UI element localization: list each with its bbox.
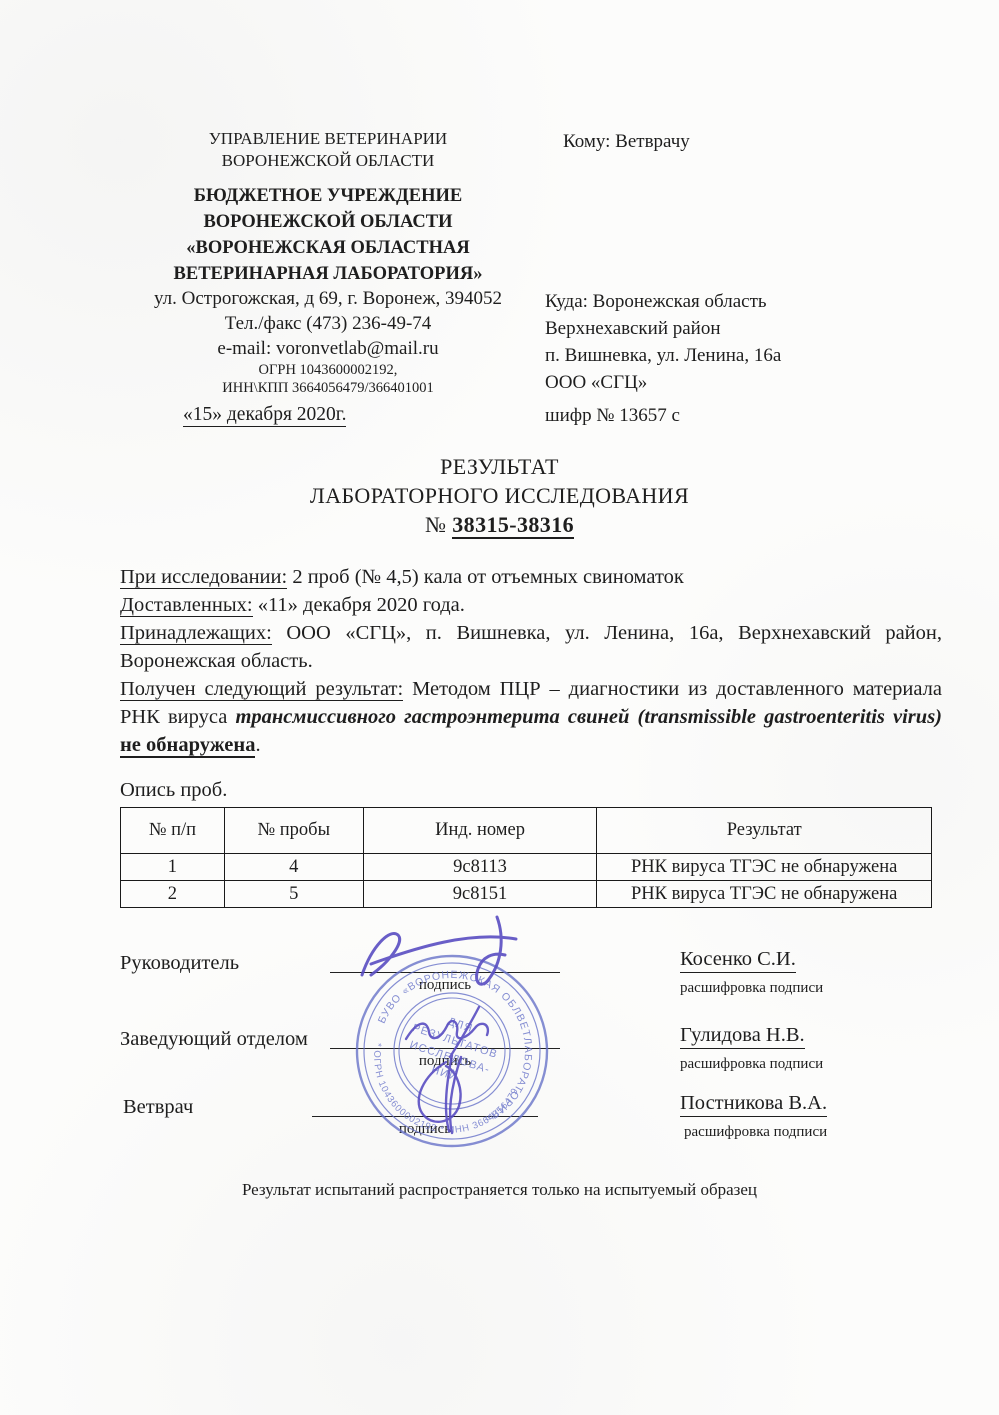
belongs-label: Принадлежащих:: [120, 622, 272, 645]
table-header-cell: № пробы: [224, 808, 363, 854]
delivery-info: Доставленных: «11» декабря 2020 года.: [120, 591, 942, 619]
research-text: 2 проб (№ 4,5) кала от отъемных свиномат…: [287, 566, 684, 588]
table-cell: РНК вируса ТГЭС не обнаружена: [597, 854, 932, 881]
signature-caption: подпись: [330, 1053, 560, 1070]
table-row: 1 4 9с8113 РНК вируса ТГЭС не обнаружена: [121, 854, 932, 881]
table-header-cell: № п/п: [121, 808, 225, 854]
samples-caption: Опись проб.: [120, 779, 227, 802]
org-inn: ИНН\КПП 3664056479/366401001: [128, 379, 528, 397]
org-contacts: ул. Острогожская, д 69, г. Воронеж, 3940…: [128, 286, 528, 397]
result-emphasis: трансмиссивного гастроэнтерита свиней (t…: [235, 706, 942, 728]
table-cell: 1: [121, 854, 225, 881]
signature-line: [330, 950, 560, 973]
org-address: ул. Острогожская, д 69, г. Воронеж, 3940…: [128, 286, 528, 311]
title-line1: РЕЗУЛЬТАТ: [0, 452, 999, 481]
table-cell: РНК вируса ТГЭС не обнаружена: [597, 881, 932, 908]
department-line1: УПРАВЛЕНИЕ ВЕТЕРИНАРИИ: [128, 128, 528, 150]
table-row: 2 5 9с8151 РНК вируса ТГЭС не обнаружена: [121, 881, 932, 908]
table-cell: 9с8151: [363, 881, 597, 908]
signature-caption: подпись: [312, 1121, 538, 1138]
samples-table: № п/п № пробы Инд. номер Результат 1 4 9…: [120, 807, 932, 908]
table-header-cell: Инд. номер: [363, 808, 597, 854]
research-info: При исследовании: 2 проб (№ 4,5) кала от…: [120, 563, 942, 591]
org-name-line3: «ВОРОНЕЖСКАЯ ОБЛАСТНАЯ: [128, 235, 528, 261]
signature-line: [312, 1094, 538, 1117]
document-date: «15» декабря 2020г.: [183, 404, 346, 426]
table-header-cell: Результат: [597, 808, 932, 854]
delivered-text: «11» декабря 2020 года.: [253, 594, 465, 616]
org-ogrn: ОГРН 1043600002192,: [128, 361, 528, 379]
signature-caption: подпись: [330, 977, 560, 994]
title-number-line: № 38315-38316: [0, 510, 999, 539]
name-caption: расшифровка подписи: [684, 1124, 827, 1141]
table-cell: 2: [121, 881, 225, 908]
role-label-veterinarian: Ветврач: [123, 1096, 193, 1119]
org-name-line1: БЮДЖЕТНОЕ УЧРЕЖДЕНИЕ: [128, 183, 528, 209]
signee-name: Гулидова Н.В.: [680, 1024, 805, 1049]
table-cell: 9с8113: [363, 854, 597, 881]
cipher-number: шифр № 13657 с: [545, 405, 680, 427]
table-cell: 4: [224, 854, 363, 881]
document-body: При исследовании: 2 проб (№ 4,5) кала от…: [120, 563, 942, 759]
name-caption: расшифровка подписи: [680, 980, 823, 997]
result-conclusion: не обнаружена: [120, 734, 255, 758]
destination-line2: Верхнехавский район: [545, 315, 781, 342]
department-name: УПРАВЛЕНИЕ ВЕТЕРИНАРИИ ВОРОНЕЖСКОЙ ОБЛАС…: [128, 128, 528, 172]
signee-name: Косенко С.И.: [680, 948, 796, 973]
title-line2: ЛАБОРАТОРНОГО ИССЛЕДОВАНИЯ: [0, 481, 999, 510]
document-title: РЕЗУЛЬТАТ ЛАБОРАТОРНОГО ИССЛЕДОВАНИЯ № 3…: [0, 452, 999, 539]
research-label: При исследовании:: [120, 566, 287, 589]
destination-line4: ООО «СГЦ»: [545, 369, 781, 396]
result-label: Получен следующий результат:: [120, 678, 403, 701]
signee-name: Постникова В.А.: [680, 1092, 827, 1117]
result-period: .: [255, 734, 260, 756]
result-number: 38315-38316: [452, 512, 574, 539]
org-name-line2: ВОРОНЕЖСКОЙ ОБЛАСТИ: [128, 209, 528, 235]
number-prefix: №: [425, 512, 452, 537]
org-phone: Тел./факс (473) 236-49-74: [128, 311, 528, 336]
org-name: БЮДЖЕТНОЕ УЧРЕЖДЕНИЕ ВОРОНЕЖСКОЙ ОБЛАСТИ…: [128, 183, 528, 287]
destination-line3: п. Вишневка, ул. Ленина, 16а: [545, 342, 781, 369]
name-caption: расшифровка подписи: [680, 1056, 823, 1073]
recipient-line: Кому: Ветврачу: [563, 131, 690, 153]
destination-line1: Куда: Воронежская область: [545, 288, 781, 315]
role-label-director: Руководитель: [120, 952, 239, 975]
delivered-label: Доставленных:: [120, 594, 253, 617]
result-statement: Получен следующий результат: Методом ПЦР…: [120, 675, 942, 759]
footer-note: Результат испытаний распространяется тол…: [0, 1180, 999, 1200]
table-cell: 5: [224, 881, 363, 908]
owner-info: Принадлежащих: ООО «СГЦ», п. Вишневка, у…: [120, 619, 942, 675]
table-header-row: № п/п № пробы Инд. номер Результат: [121, 808, 932, 854]
org-name-line4: ВЕТЕРИНАРНАЯ ЛАБОРАТОРИЯ»: [128, 261, 528, 287]
org-email: e-mail: voronvetlab@mail.ru: [128, 336, 528, 361]
role-label-head-of-department: Заведующий отделом: [120, 1028, 308, 1051]
department-line2: ВОРОНЕЖСКОЙ ОБЛАСТИ: [128, 150, 528, 172]
signature-line: [330, 1026, 560, 1049]
destination-address: Куда: Воронежская область Верхнехавский …: [545, 288, 781, 396]
